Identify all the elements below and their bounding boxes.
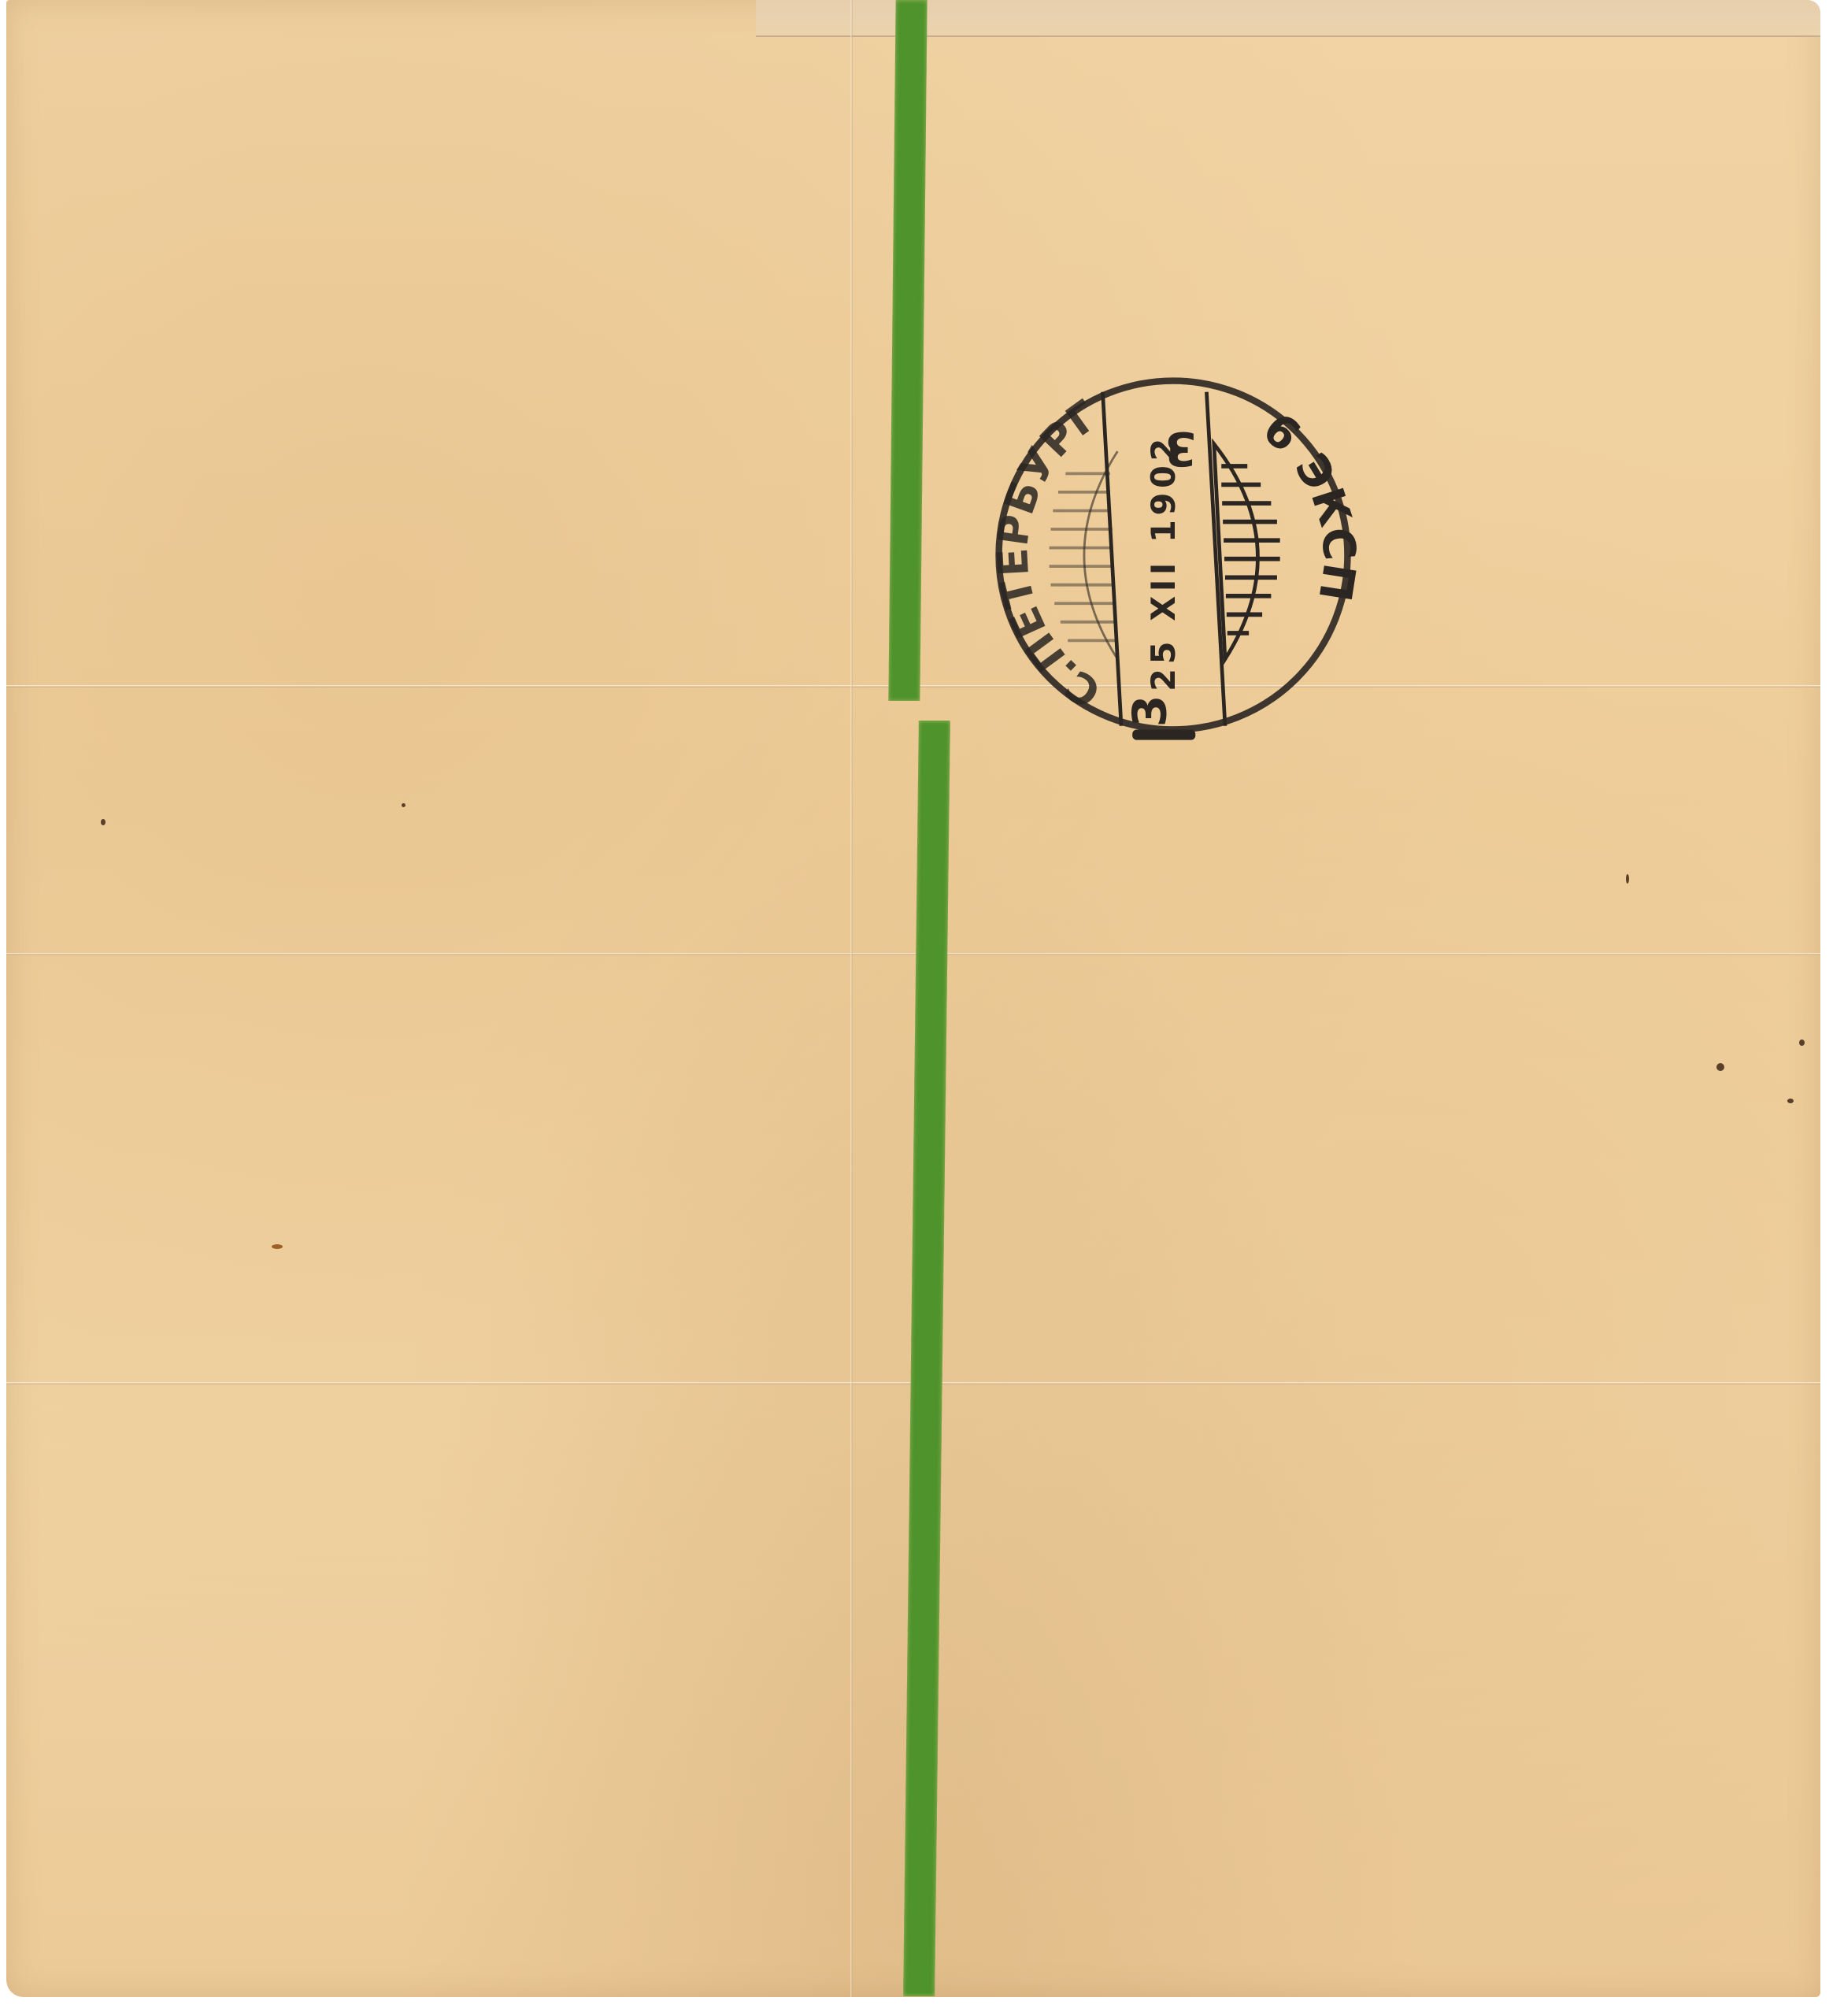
fold-crease xyxy=(6,953,1820,955)
svg-text:3: 3 xyxy=(1124,695,1177,728)
paper-speck xyxy=(1799,1039,1805,1046)
svg-text:25 XII 1902: 25 XII 1902 xyxy=(1145,434,1183,691)
postmark: С.ПЕТЕРБУРГЪ 6 ЭКСП 3 3 25 XII 1902 xyxy=(980,362,1366,748)
paper-speck xyxy=(1716,1063,1724,1071)
fold-crease-vertical xyxy=(850,0,853,1997)
paper-speck xyxy=(1626,874,1629,884)
paper-speck xyxy=(272,1244,283,1249)
paper-speck xyxy=(402,803,405,807)
postmark-stamp-icon: С.ПЕТЕРБУРГЪ 6 ЭКСП 3 3 25 XII 1902 xyxy=(980,362,1366,748)
paper-speck xyxy=(101,819,106,825)
svg-text:С.ПЕТЕРБУРГЪ: С.ПЕТЕРБУРГЪ xyxy=(980,362,1109,717)
paper-speck xyxy=(1787,1099,1794,1103)
